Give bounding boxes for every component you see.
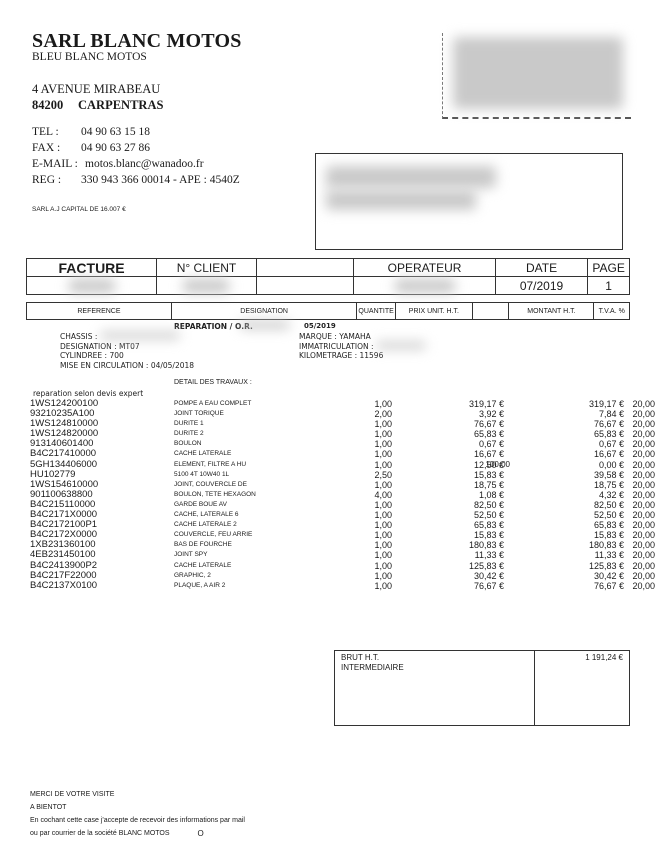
contact-tel: TEL :04 90 63 15 18 xyxy=(32,124,240,140)
line-tva: 20,00 xyxy=(596,530,655,540)
vehicle-registration: IMMATRICULATION : xyxy=(299,342,426,352)
line-tva: 20,00 xyxy=(596,419,655,429)
line-pu: 1,08 € xyxy=(422,490,504,500)
line-des: GARDE BOUE AV xyxy=(174,500,324,510)
contact-block: TEL :04 90 63 15 18 FAX :04 90 63 27 86 … xyxy=(32,124,240,188)
vehicle-mileage: KILOMETRAGE : 11596 xyxy=(299,351,426,361)
redacted-invoice-number xyxy=(69,279,115,293)
thanks-text: MERCI DE VOTRE VISITE xyxy=(30,788,245,801)
line-qty: 1,00 xyxy=(362,439,392,449)
col-discount xyxy=(472,303,508,320)
totals-divider xyxy=(534,651,535,725)
line-des: COUVERCLE, FEU ARRIE xyxy=(174,530,324,540)
line-tva: 20,00 xyxy=(596,571,655,581)
line-qty: 1,00 xyxy=(362,510,392,520)
line-des: CACHE LATERALE xyxy=(174,561,324,571)
client-label: N° CLIENT xyxy=(157,259,257,277)
date-label: DATE xyxy=(495,259,588,277)
bye-text: A BIENTOT xyxy=(30,801,245,814)
line-pu: 125,83 € xyxy=(422,561,504,571)
line-tva: 20,00 xyxy=(596,460,655,470)
line-qty: 1,00 xyxy=(362,581,392,591)
line-ref: 4EB231450100 xyxy=(30,550,170,560)
line-qty: 1,00 xyxy=(362,500,392,510)
line-pu: 16,67 € xyxy=(422,449,504,459)
col-reference: REFERENCE xyxy=(27,303,172,320)
redacted-order-number xyxy=(240,321,290,329)
chassis: CHASSIS : xyxy=(60,332,194,342)
company-subtitle: BLEU BLANC MOTOS xyxy=(32,51,147,63)
line-ref: B4C2137X0100 xyxy=(30,581,170,591)
page-value: 1 xyxy=(588,277,630,295)
line-qty: 4,00 xyxy=(362,490,392,500)
totals-value: 1 191,24 € xyxy=(585,653,623,662)
col-amount: MONTANT H.T. xyxy=(509,303,594,320)
line-des: DURITE 1 xyxy=(174,419,324,429)
invoice-header-table: FACTURE N° CLIENT OPERATEUR DATE PAGE 07… xyxy=(26,258,630,295)
line-pu: 76,67 € xyxy=(422,419,504,429)
company-city: 84200CARPENTRAS xyxy=(32,98,163,113)
repair-date: 05/2019 xyxy=(304,322,336,330)
line-pu: 76,67 € xyxy=(422,581,504,591)
line-qty: 1,00 xyxy=(362,561,392,571)
contact-email: E-MAIL :motos.blanc@wanadoo.fr xyxy=(32,156,240,172)
company-address: 4 AVENUE MIRABEAU xyxy=(32,82,160,97)
redacted-registration xyxy=(376,342,426,349)
line-qty: 1,00 xyxy=(362,480,392,490)
operator-label: OPERATEUR xyxy=(354,259,495,277)
line-des: PLAQUE, A AIR 2 xyxy=(174,581,324,591)
footer: MERCI DE VOTRE VISITE A BIENTOT En cocha… xyxy=(30,788,245,840)
vehicle-circulation: MISE EN CIRCULATION : 04/05/2018 xyxy=(60,361,194,371)
line-tva: 20,00 xyxy=(596,439,655,449)
line-des: POMPE A EAU COMPLET xyxy=(174,399,324,409)
line-tva: 20,00 xyxy=(596,500,655,510)
postal-code: 84200 xyxy=(32,98,78,113)
line-des: 5100 4T 10W40 1L xyxy=(174,470,324,480)
line-pu: 0,67 € xyxy=(422,439,504,449)
redacted-content xyxy=(453,37,623,109)
line-des: JOINT TORIQUE xyxy=(174,409,324,419)
contact-fax: FAX :04 90 63 27 86 xyxy=(32,140,240,156)
col-unit-price: PRIX UNIT. H.T. xyxy=(395,303,472,320)
line-des: DURITE 2 xyxy=(174,429,324,439)
col-quantity: QUANTITE xyxy=(357,303,396,320)
line-tva: 20,00 xyxy=(596,581,655,591)
col-vat: T.V.A. % xyxy=(594,303,630,320)
vehicle-designation: DESIGNATION : MT07 xyxy=(60,342,194,352)
contact-reg: REG :330 943 366 00014 - APE : 4540Z xyxy=(32,172,240,188)
line-des: BOULON xyxy=(174,439,324,449)
line-tva: 20,00 xyxy=(596,449,655,459)
date-value: 07/2019 xyxy=(495,277,588,295)
redacted-chassis xyxy=(100,332,180,339)
invoice-number xyxy=(27,277,157,295)
line-des: BOULON, TETE HEXAGON xyxy=(174,490,324,500)
line-qty: 1,00 xyxy=(362,460,392,470)
line-pu: 65,83 € xyxy=(422,429,504,439)
consent-row: ou par courrier de la société BLANC MOTO… xyxy=(30,827,245,840)
line-pu: 15,83 € xyxy=(422,470,504,480)
line-pu: 30,42 € xyxy=(422,571,504,581)
vehicle-brand: MARQUE : YAMAHA xyxy=(299,332,426,342)
redacted-stamp-box xyxy=(442,33,631,119)
line-tva: 20,00 xyxy=(596,480,655,490)
line-pu: 82,50 € xyxy=(422,500,504,510)
line-tva: 20,00 xyxy=(596,550,655,560)
line-pu: 319,17 € xyxy=(422,399,504,409)
line-pu: 15,83 € xyxy=(422,530,504,540)
vehicle-cylindree: CYLINDREE : 700 xyxy=(60,351,194,361)
line-tva: 20,00 xyxy=(596,409,655,419)
work-detail-title: DETAIL DES TRAVAUX : xyxy=(174,379,252,386)
line-tva: 20,00 xyxy=(596,520,655,530)
line-des: JOINT SPY xyxy=(174,550,324,560)
redacted-client-number xyxy=(183,279,229,293)
line-qty: 2,00 xyxy=(362,409,392,419)
company-name: SARL BLANC MOTOS xyxy=(32,30,242,53)
line-des: ELEMENT, FILTRE A HU xyxy=(174,460,324,470)
line-des: JOINT, COUVERCLE DE xyxy=(174,480,324,490)
facture-label: FACTURE xyxy=(27,259,157,277)
line-qty: 2,50 xyxy=(362,470,392,480)
consent-text-1: En cochant cette case j'accepte de recev… xyxy=(30,814,245,827)
line-qty: 1,00 xyxy=(362,571,392,581)
line-tva: 20,00 xyxy=(596,470,655,480)
line-tva: 20,00 xyxy=(596,510,655,520)
line-qty: 1,00 xyxy=(362,429,392,439)
line-qty: 1,00 xyxy=(362,530,392,540)
vehicle-info-left: CHASSIS : DESIGNATION : MT07 CYLINDREE :… xyxy=(60,332,194,370)
totals-label: BRUT H.T. INTERMEDIAIRE xyxy=(341,653,404,673)
line-des: GRAPHIC, 2 xyxy=(174,571,324,581)
totals-box: BRUT H.T. INTERMEDIAIRE 1 191,24 € xyxy=(334,650,630,726)
line-pu: 18,75 € xyxy=(422,480,504,490)
line-tva: 20,00 xyxy=(596,540,655,550)
consent-text-2: ou par courrier de la société BLANC MOTO… xyxy=(30,827,170,840)
client-address-box xyxy=(315,153,623,250)
redacted-client-name xyxy=(326,166,496,188)
line-tva: 20,00 xyxy=(596,561,655,571)
work-detail-text: reparation selon devis expert xyxy=(33,389,143,398)
line-qty: 1,00 xyxy=(362,550,392,560)
line-pu: 52,50 € xyxy=(422,510,504,520)
line-pu: 3,92 € xyxy=(422,409,504,419)
redacted-client-address xyxy=(326,190,476,210)
line-des: CACHE LATERALE 2 xyxy=(174,520,324,530)
city: CARPENTRAS xyxy=(78,98,163,113)
line-des: CACHE, LATERALE 6 xyxy=(174,510,324,520)
line-pu: 180,83 € xyxy=(422,540,504,550)
line-tva: 20,00 xyxy=(596,429,655,439)
line-des: CACHE LATERALE xyxy=(174,449,324,459)
column-header-table: REFERENCE DESIGNATION QUANTITE PRIX UNIT… xyxy=(26,302,630,320)
page-label: PAGE xyxy=(588,259,630,277)
line-pu: 65,83 € xyxy=(422,520,504,530)
line-qty: 1,00 xyxy=(362,449,392,459)
line-des: BAS DE FOURCHE xyxy=(174,540,324,550)
line-pu: 11,33 € xyxy=(422,550,504,560)
line-qty: 1,00 xyxy=(362,520,392,530)
company-capital: SARL A.J CAPITAL DE 16.007 € xyxy=(32,206,126,213)
operator-value xyxy=(354,277,495,295)
redacted-operator xyxy=(395,279,455,293)
client-number xyxy=(157,277,257,295)
line-qty: 1,00 xyxy=(362,399,392,409)
line-rem: 100,00 xyxy=(480,460,510,470)
consent-checkbox[interactable]: O xyxy=(198,827,204,840)
empty-value-cell xyxy=(256,277,354,295)
line-qty: 1,00 xyxy=(362,540,392,550)
empty-header-cell xyxy=(256,259,354,277)
line-tva: 20,00 xyxy=(596,399,655,409)
vehicle-info-right: MARQUE : YAMAHA IMMATRICULATION : KILOME… xyxy=(299,332,426,361)
line-qty: 1,00 xyxy=(362,419,392,429)
col-designation: DESIGNATION xyxy=(171,303,356,320)
line-tva: 20,00 xyxy=(596,490,655,500)
